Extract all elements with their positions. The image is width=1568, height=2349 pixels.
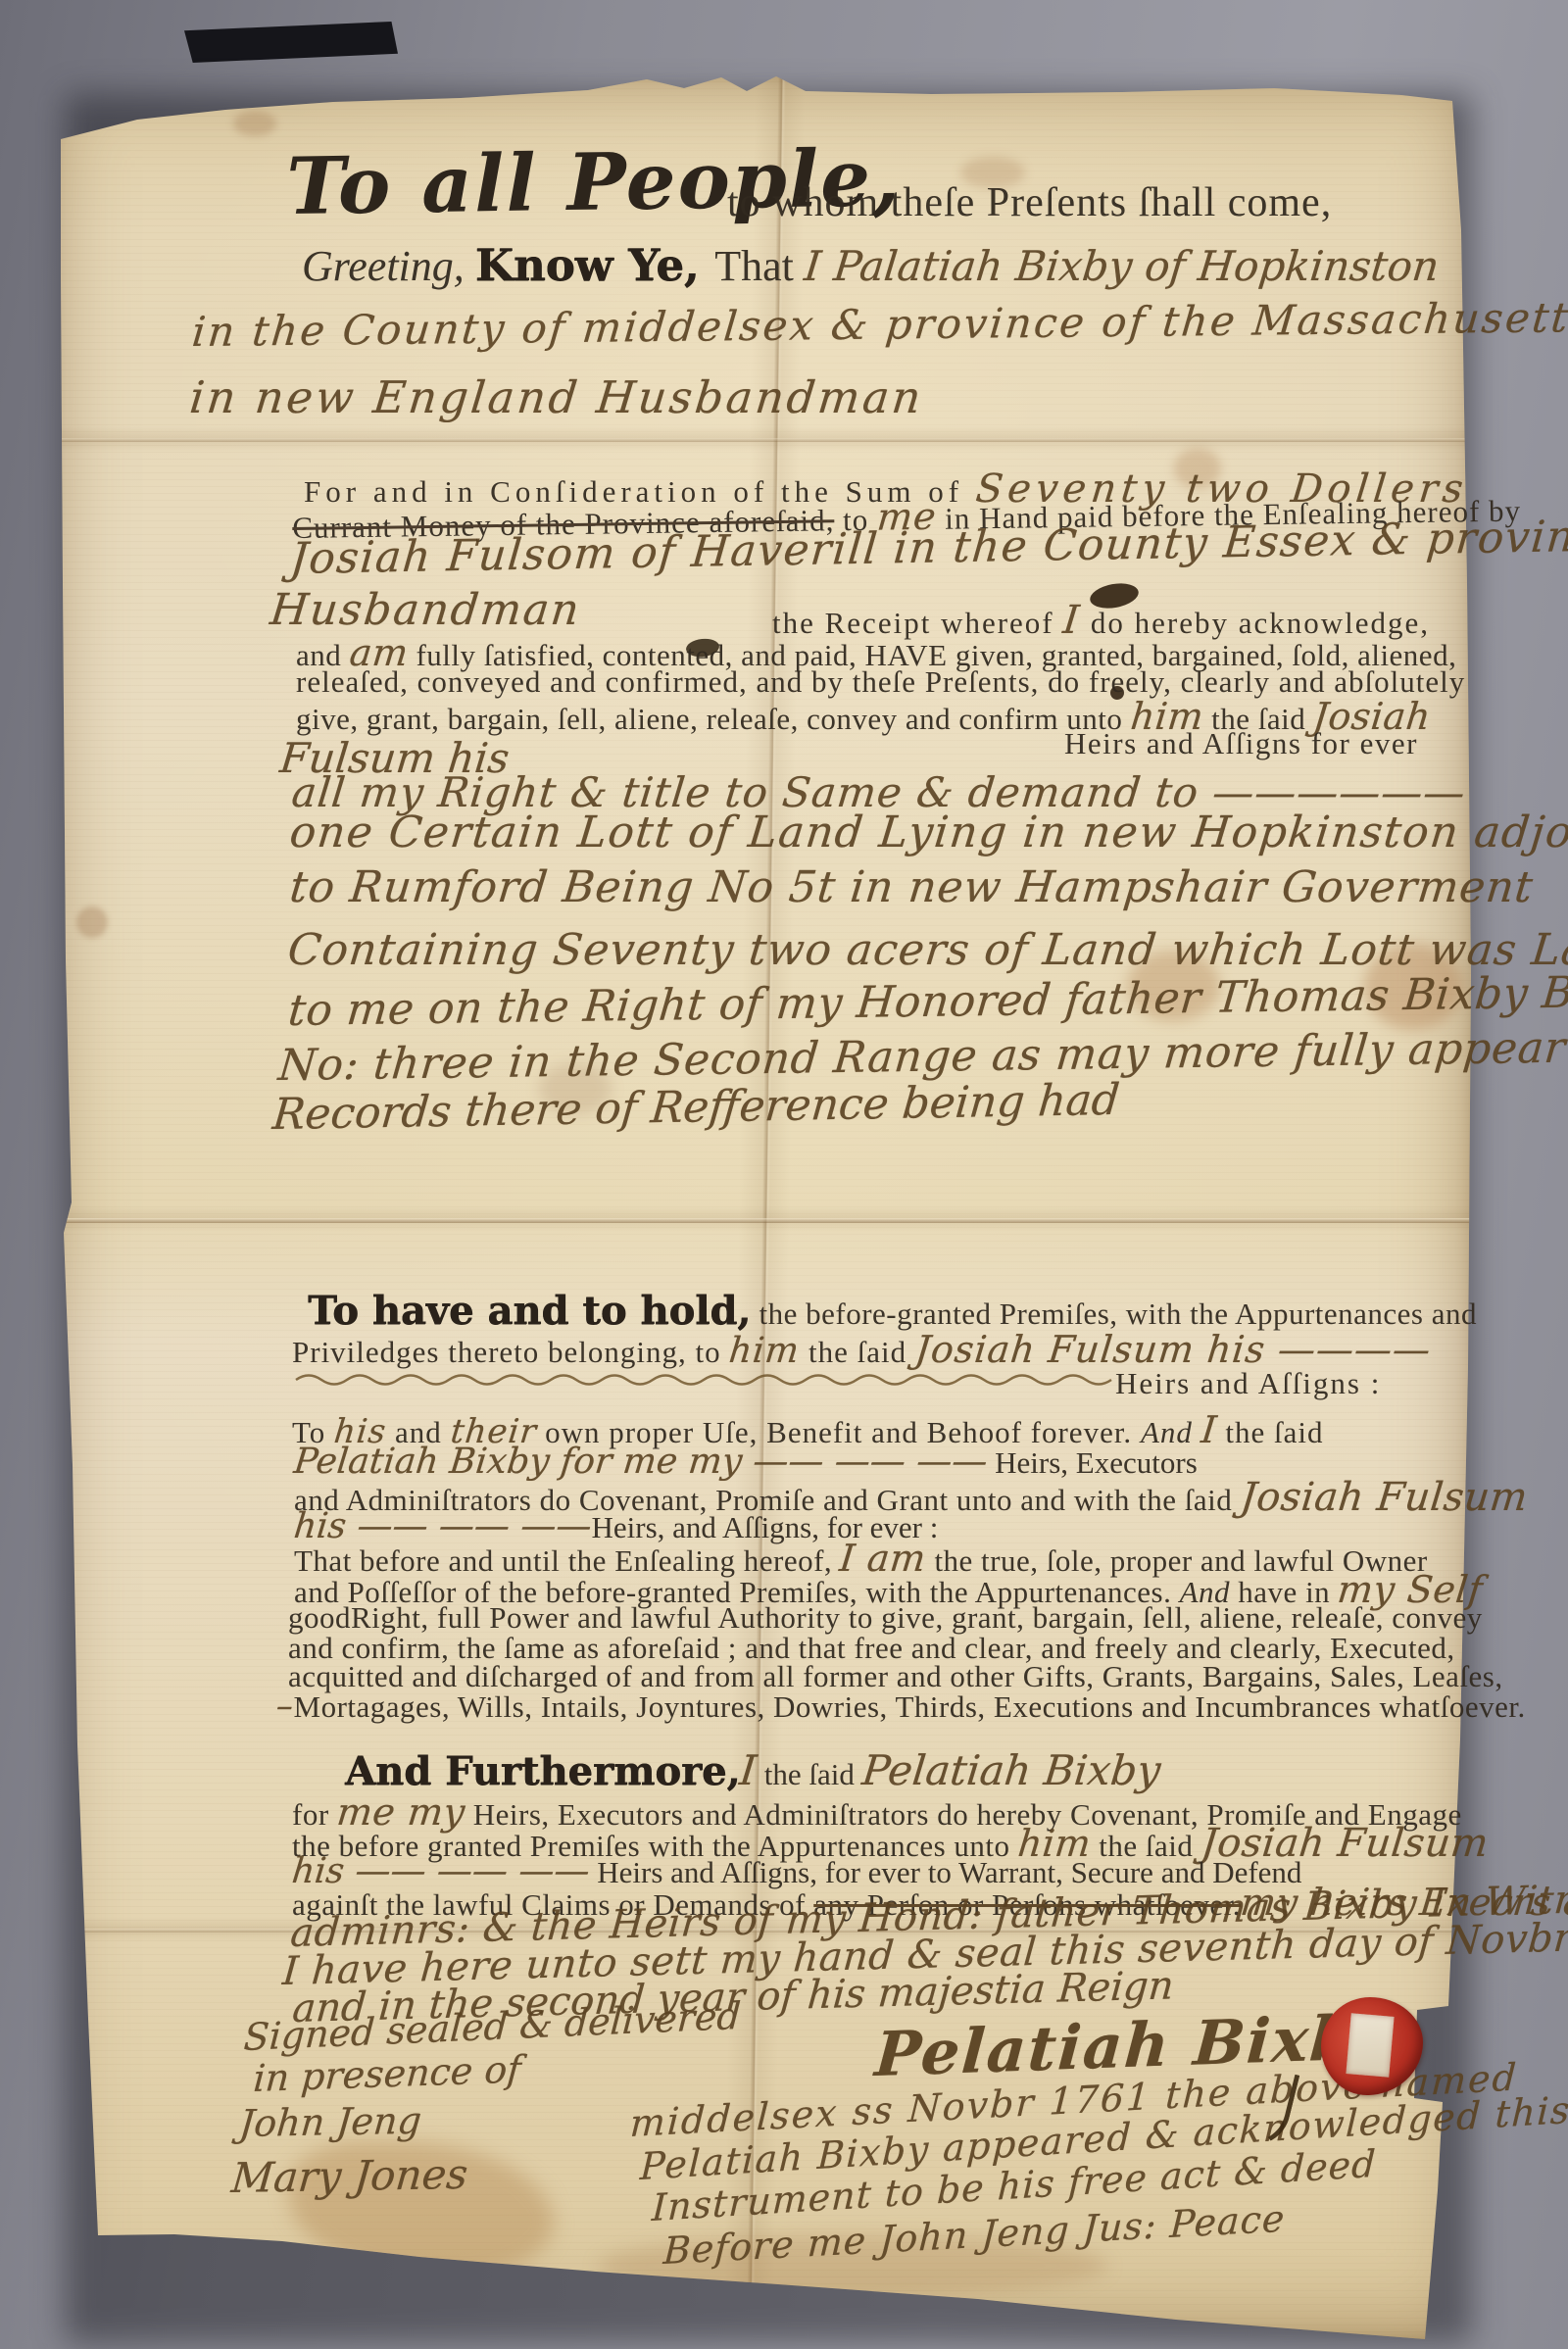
hw-premises-line: to Rumford Being No 5t in new Hampshair … [290,866,1533,909]
handwritten-text: Josiah Fulsum [1238,1478,1529,1517]
seal-wafer [1346,2013,1394,2078]
handwritten-text: John Jeng [238,2102,423,2142]
handwritten-text: I Palatiah Bixby of Hopkinston [803,246,1442,287]
printed-text: Mortagages, Wills, Intails, Joyntures, D… [294,1689,1526,1724]
handwritten-text: – [274,1689,295,1723]
covenant-line: goodRight, full Power and lawful Authori… [288,1602,1483,1633]
hw-grantor-line: in new England Husbandman [190,375,923,420]
printed-text: the before-granted Premiſes, with the Ap… [751,1297,1477,1331]
ink-flourish [294,1372,1117,1388]
handwritten-text: him [728,1334,803,1369]
hw-grantee-line: Husbandman [270,589,580,632]
furthermore-line: And Furthermore, I the ſaid Pelatiah Bix… [345,1750,1160,1791]
habendum-line: Heirs and Aſſigns : [1115,1368,1381,1398]
handwritten-text: Containing Seventy two acers of Land whi… [286,929,1568,972]
printed-text: To have and to hold, [308,1288,751,1334]
covenant-line: acquitted and diſcharged of and from all… [288,1661,1503,1691]
printed-text: to whom theſe Preſents ſhall come, [727,180,1332,225]
printed-text: Heirs, Executors [987,1445,1197,1480]
hw-premises-line: Containing Seventy two acers of Land whi… [288,929,1568,972]
handwritten-text: Husbandman [269,589,583,632]
handwritten-text: I [1200,1411,1219,1448]
covenant-line: – Mortagages, Wills, Intails, Joyntures,… [276,1689,1526,1723]
text-layer: To all People,to whom theſe Preſents ſha… [0,0,1568,2349]
photograph: To all People,to whom theſe Preſents ſha… [0,0,1568,2349]
handwritten-text: in the County of middelsex & province of… [190,296,1568,353]
habendum-line: Priviledges thereto belonging, to him th… [292,1331,1431,1369]
handwritten-text: to me on the Right of my Honored father … [286,970,1568,1033]
printed-text: the ſaid [800,1335,915,1369]
handwritten-text: one Certain Lott of Land Lying in new Ho… [288,811,1568,855]
hw-grantor-line: in the County of middelsex & province of… [192,296,1568,354]
printed-text: give, grant, bargain, ſell, aliene, rele… [296,702,1131,736]
handwritten-text: to Rumford Being No 5t in new Hampshair … [288,866,1536,909]
printed-text: Heirs and Aſſigns for ever [1064,726,1418,760]
printed-text: releaſed, conveyed and confirmed, and by… [296,664,1465,699]
handwritten-text: Mary Jones [230,2154,469,2199]
handwritten-text: in new England Husbandman [188,375,926,419]
printed-text: That [714,242,805,290]
grant-line: releaſed, conveyed and confirmed, and by… [296,666,1465,697]
witness-name: John Jeng [239,2102,421,2143]
printed-text: the ſaid [1217,1415,1324,1449]
handwritten-text: Records there of Refference being had [270,1079,1121,1137]
covenant-line: Pelatiah Bixby for me my —— —— —— Heirs,… [294,1444,1198,1480]
hw-premises-line: one Certain Lott of Land Lying in new Ho… [290,811,1568,855]
printed-text: acquitted and diſcharged of and from all… [288,1659,1503,1693]
printed-text: Know Ye, [475,239,714,291]
grant-line: Heirs and Aſſigns for ever [1064,728,1418,759]
printed-text: goodRight, full Power and lawful Authori… [288,1600,1483,1635]
habendum-line: To have and to hold, the before-granted … [308,1292,1477,1331]
handwritten-text: Pelatiah Bixby for me my —— —— —— [292,1444,989,1480]
printed-text: Heirs and Aſſigns : [1115,1366,1381,1400]
handwritten-text: in presence of [252,2050,521,2097]
handwritten-text: Pelatiah Bixby [859,1750,1161,1791]
greeting-line: Greeting, Know Ye, That I Palatiah Bixby… [302,243,1439,288]
printed-text: Greeting, [302,242,475,290]
attestation-line: in presence of [253,2050,521,2098]
printed-text: the ſaid [757,1757,862,1791]
witness-name: Mary Jones [231,2154,468,2200]
hw-premises-line: Records there of Refference being had [272,1079,1120,1137]
handwritten-text: Josiah Fulsum his ———— [913,1331,1433,1368]
hw-premises-line: to me on the Right of my Honored father … [288,970,1568,1033]
printed-text: Priviledges thereto belonging, to [292,1335,729,1369]
headline-rest: to whom theſe Preſents ſhall come, [727,182,1332,223]
printed-text: And Furthermore, [345,1748,740,1794]
